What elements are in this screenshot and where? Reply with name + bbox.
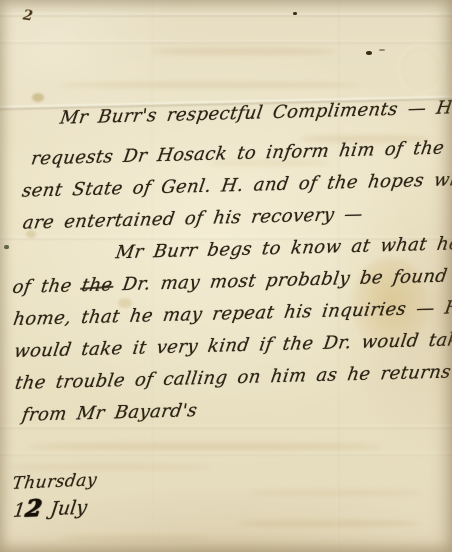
fold-crease bbox=[0, 452, 452, 456]
ink-speck bbox=[366, 51, 372, 55]
letter-line-text: from Mr Bayard's bbox=[20, 400, 198, 426]
letter-line-text: Mr Burr's respectful Compliments — He bbox=[59, 97, 452, 129]
letter-line: Mr Burr's respectful Compliments — He bbox=[8, 98, 447, 141]
paper-emboss-watermark bbox=[398, 44, 444, 94]
showthrough-smudge bbox=[30, 443, 380, 450]
paper-stain-dot bbox=[32, 93, 44, 102]
letter-body: Mr Burr's respectful Compliments — He re… bbox=[8, 98, 452, 437]
letter-dateline: Thursday 12July bbox=[12, 470, 99, 523]
struck-word: the bbox=[80, 274, 114, 296]
showthrough-smudge bbox=[250, 490, 420, 496]
fold-crease bbox=[0, 40, 452, 44]
showthrough-smudge bbox=[60, 535, 210, 541]
showthrough-smudge bbox=[240, 520, 420, 527]
fold-crease bbox=[0, 13, 452, 17]
edge-speck bbox=[4, 245, 9, 249]
showthrough-smudge bbox=[150, 48, 335, 55]
dateline-day: Thursday bbox=[11, 470, 98, 494]
showthrough-smudge bbox=[10, 464, 210, 470]
archival-mark: 2 bbox=[22, 7, 34, 24]
ink-speck bbox=[379, 49, 385, 51]
ink-speck bbox=[293, 12, 297, 15]
letter-line-text: requests Dr Hosack to inform him of the … bbox=[30, 136, 452, 169]
showthrough-smudge bbox=[60, 82, 360, 88]
dateline-date: 12July bbox=[12, 492, 100, 523]
letter-scan: 2 Mr Burr's respectful Compliments — He … bbox=[0, 0, 452, 552]
date-digit-overwritten: 2 bbox=[24, 495, 44, 523]
letter-line-text: of the bbox=[11, 275, 83, 298]
date-month: July bbox=[49, 497, 89, 521]
